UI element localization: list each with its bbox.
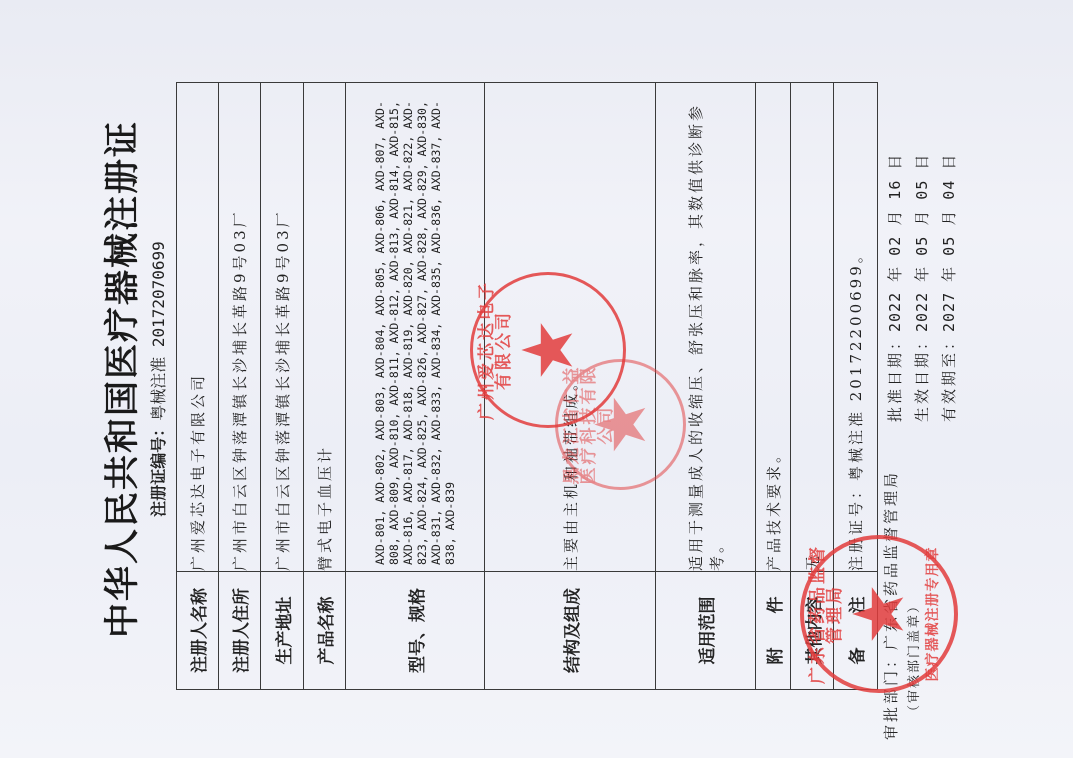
row-label: 其他内容: [791, 572, 834, 690]
approval-department-note: （审核部门盖章）: [903, 598, 922, 718]
table-row: 备 注 注册证号：粤械注准 20172200699。: [834, 83, 878, 690]
table-row: 适用范围 适用于测量成人的收缩压、舒张压和脉率，其数值供诊断参考。: [656, 83, 756, 690]
effective-date: 生效日期： 2022 年 05 月 05 日: [909, 154, 936, 428]
row-label: 结构及组成: [485, 572, 656, 690]
dates-block: 批准日期： 2022 年 02 月 16 日 生效日期： 2022 年 05 月…: [882, 154, 963, 428]
date-value: 2022 年 05 月 05 日: [909, 154, 936, 332]
registration-number-label: 注册证编号：: [149, 421, 168, 517]
row-label: 注册人名称: [177, 572, 219, 690]
expiry-date: 有效期至： 2027 年 05 月 04 日: [936, 154, 963, 428]
table-row: 附 件 产品技术要求。: [756, 83, 791, 690]
date-value: 2027 年 05 月 04 日: [936, 154, 963, 332]
table-row: 产品名称 臂式电子血压计: [304, 83, 346, 690]
row-value: 广州市白云区钟落潭镇长沙埔长革路9号03厂: [261, 83, 304, 572]
row-label: 生产地址: [261, 572, 304, 690]
table-row: 生产地址 广州市白云区钟落潭镇长沙埔长革路9号03厂: [261, 83, 304, 690]
date-label: 批准日期：: [882, 332, 909, 428]
row-value: 无: [791, 83, 834, 572]
row-value: 产品技术要求。: [756, 83, 791, 572]
table-row: 其他内容 无: [791, 83, 834, 690]
row-label: 注册人住所: [219, 572, 261, 690]
row-value: 广州市白云区钟落潭镇长沙埔长革路9号03厂: [219, 83, 261, 572]
row-value: 注册证号：粤械注准 20172200699。: [834, 83, 878, 572]
certificate-page: 中华人民共和国医疗器械注册证 注册证编号：粤械注准 20172070699 注册…: [0, 0, 1073, 758]
registration-number: 注册证编号：粤械注准 20172070699: [146, 0, 169, 758]
page-title: 中华人民共和国医疗器械注册证: [95, 0, 145, 758]
registration-number-value: 粤械注准 20172070699: [149, 241, 168, 421]
row-value: 臂式电子血压计: [304, 83, 346, 572]
seal-subtext: 医疗器械注册专用章: [926, 539, 940, 689]
row-value: 主要由主机和袖带组成。: [485, 83, 656, 572]
date-value: 2022 年 02 月 16 日: [882, 154, 909, 332]
row-value: 适用于测量成人的收缩压、舒张压和脉率，其数值供诊断参考。: [656, 83, 756, 572]
row-label: 产品名称: [304, 572, 346, 690]
row-label: 备 注: [834, 572, 878, 690]
approval-date: 批准日期： 2022 年 02 月 16 日: [882, 154, 909, 428]
row-label: 适用范围: [656, 572, 756, 690]
row-label: 附 件: [756, 572, 791, 690]
table-row: 注册人住所 广州市白云区钟落潭镇长沙埔长革路9号03厂: [219, 83, 261, 690]
date-label: 生效日期：: [909, 332, 936, 428]
date-label: 有效期至：: [936, 332, 963, 428]
table-row: 型号、规格 AXD-801, AXD-802, AXD-803, AXD-804…: [346, 83, 485, 690]
row-value: AXD-801, AXD-802, AXD-803, AXD-804, AXD-…: [346, 83, 485, 572]
certificate-table: 注册人名称 广州爱芯达电子有限公司 注册人住所 广州市白云区钟落潭镇长沙埔长革路…: [176, 82, 878, 690]
approval-department: 审批部门：广东省药品监督管理局: [880, 470, 901, 740]
table-row: 注册人名称 广州爱芯达电子有限公司: [177, 83, 219, 690]
table-row: 结构及组成 主要由主机和袖带组成。: [485, 83, 656, 690]
row-label: 型号、规格: [346, 572, 485, 690]
row-value: 广州爱芯达电子有限公司: [177, 83, 219, 572]
